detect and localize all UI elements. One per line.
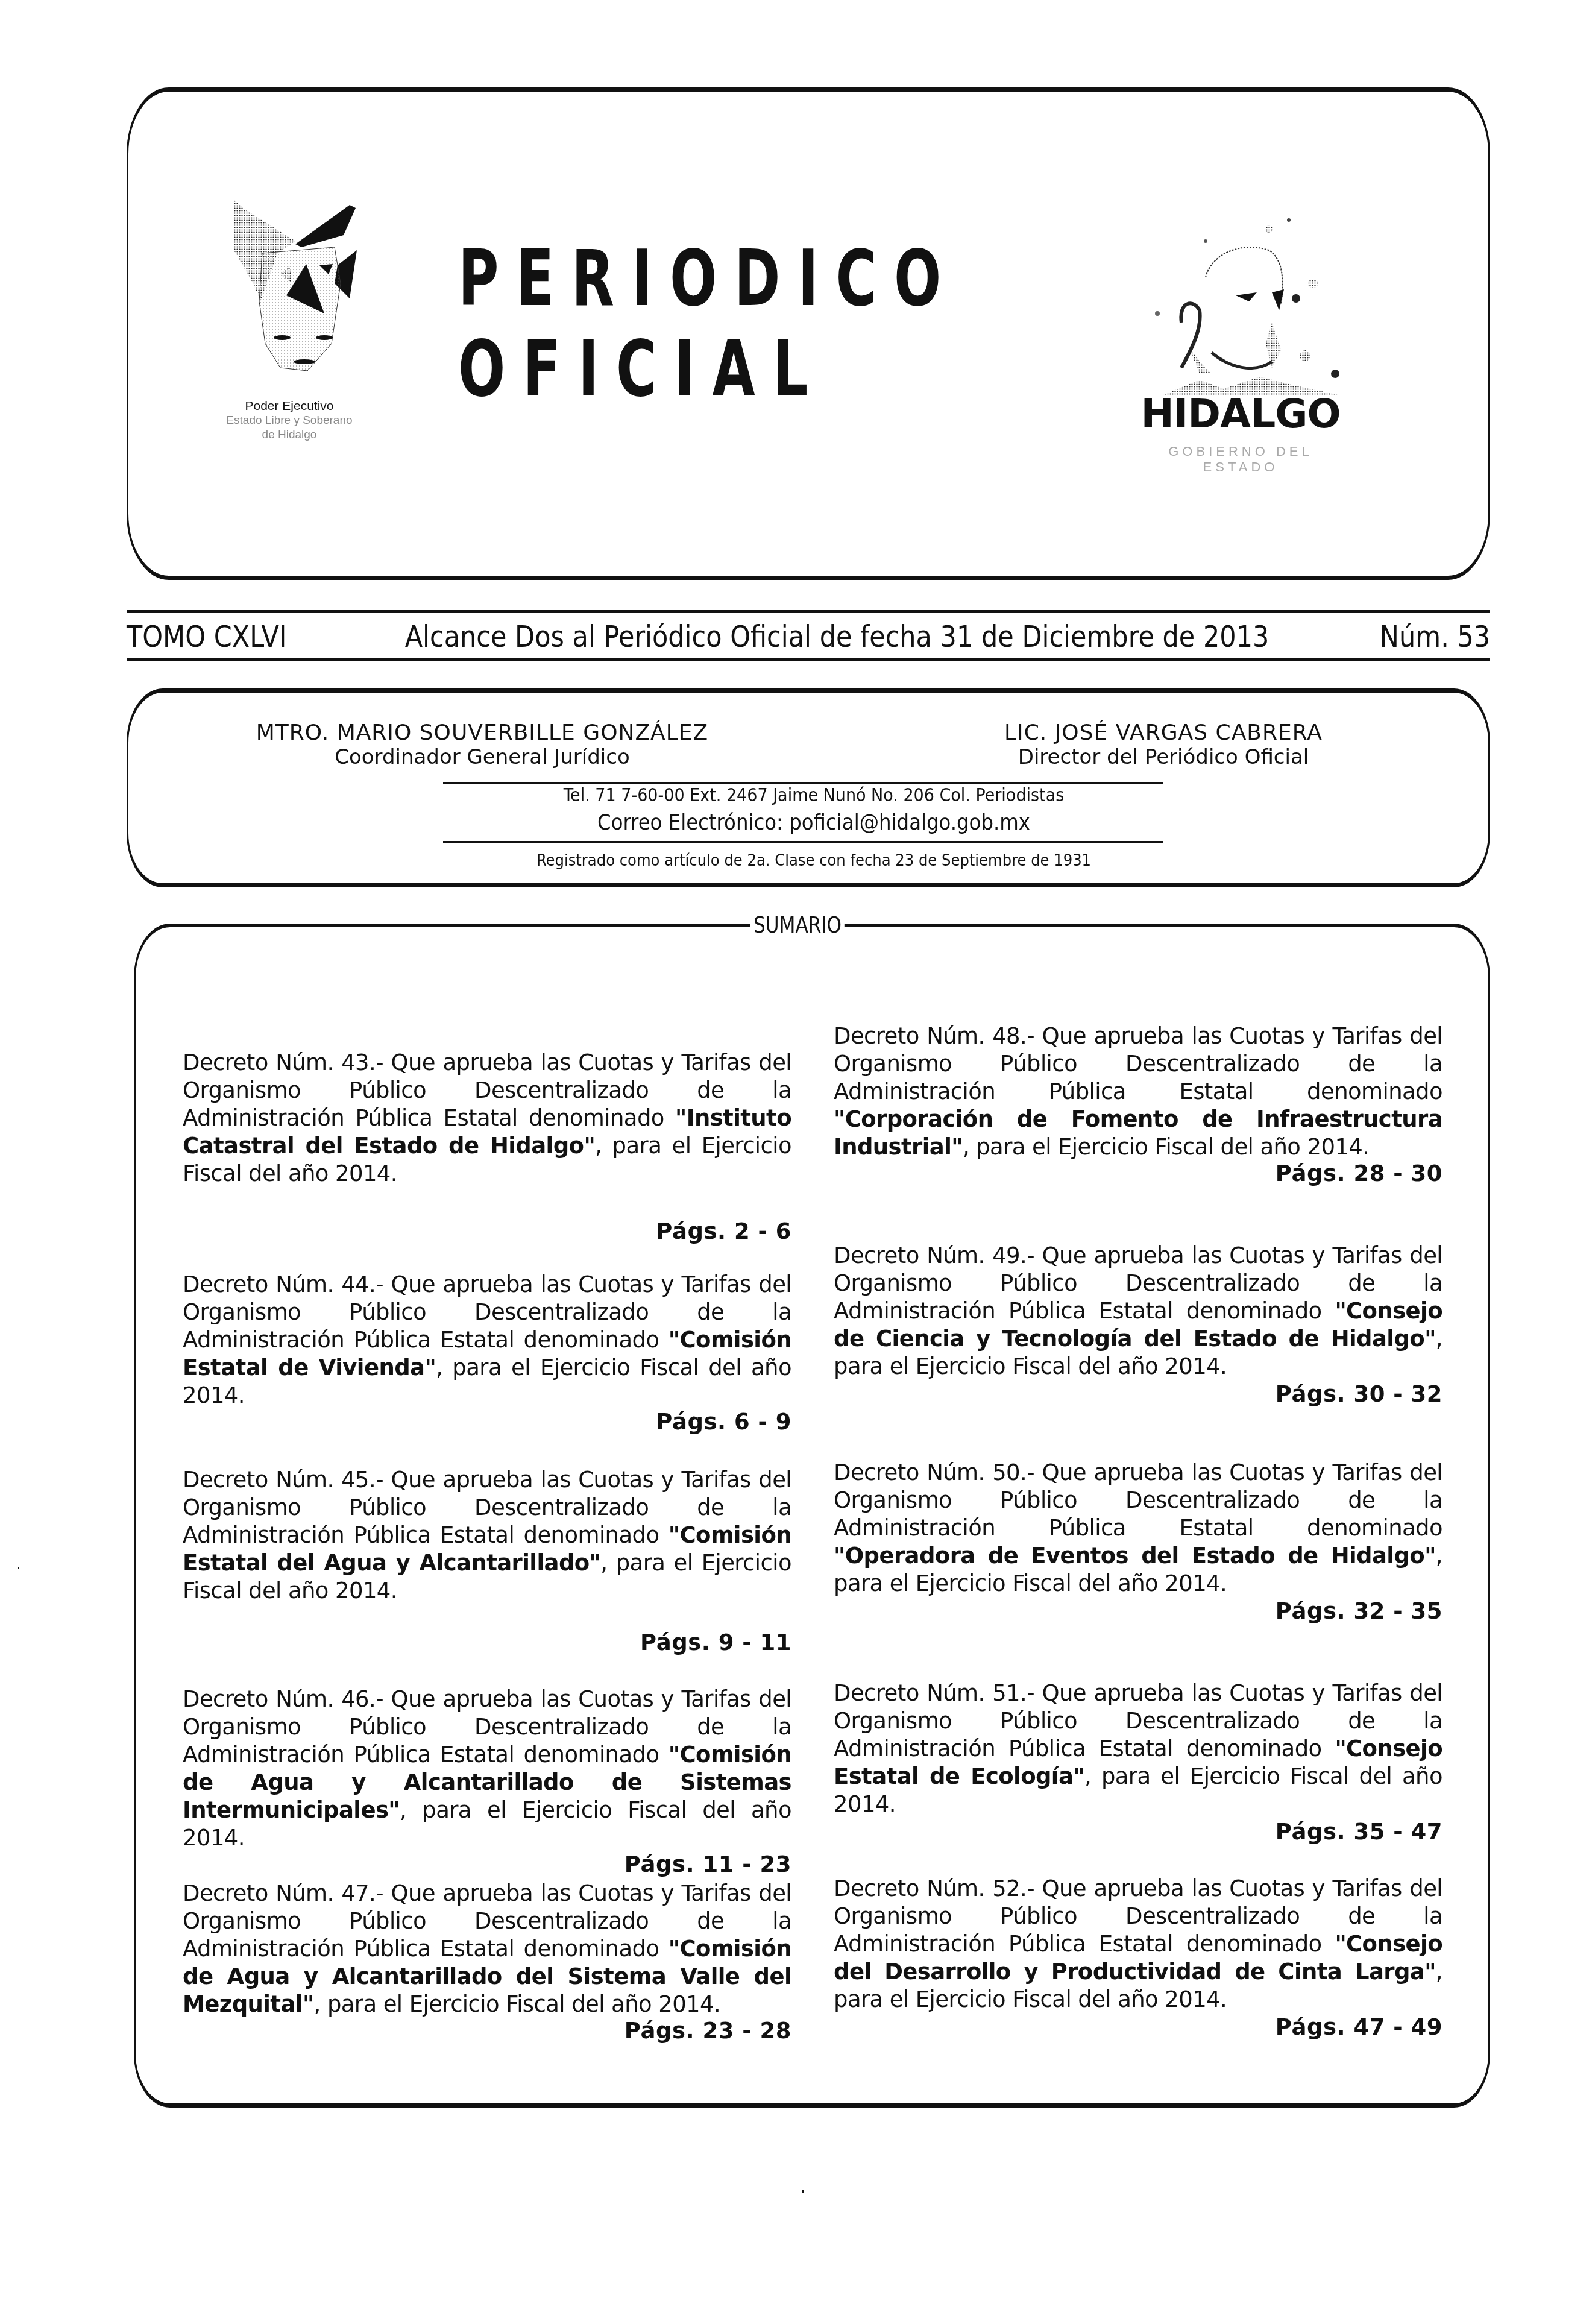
entry-pages[interactable]: Págs. 11 - 23 [183, 1851, 791, 1878]
divider-rule [443, 841, 1163, 843]
entry-pages[interactable]: Págs. 6 - 9 [183, 1408, 791, 1436]
entry-pages[interactable]: Págs. 23 - 28 [183, 2017, 791, 2045]
issue-band: TOMO CXLVI Alcance Dos al Periódico Ofic… [127, 617, 1490, 656]
summary-entry[interactable]: Decreto Núm. 48.- Que aprueba las Cuotas… [834, 1022, 1442, 1188]
left-logo-caption: Poder Ejecutivo Estado Libre y Soberano … [199, 399, 380, 442]
credit-role: Coordinador General Jurídico [181, 745, 784, 769]
issue-volume: TOMO CXLVI [127, 619, 287, 654]
hidalgo-wordmark: HIDALGO [1135, 391, 1346, 437]
summary-entry[interactable]: Decreto Núm. 51.- Que aprueba las Cuotas… [834, 1680, 1442, 1846]
credit-coordinator: MTRO. MARIO SOUVERBILLE GONZÁLEZ Coordin… [181, 720, 784, 769]
logo-caption-line: Estado Libre y Soberano [199, 414, 380, 428]
entry-pages[interactable]: Págs. 2 - 6 [183, 1218, 791, 1245]
entry-intro: Decreto Núm. 50.- Que aprueba las Cuotas… [834, 1460, 1442, 1541]
credit-name: MTRO. MARIO SOUVERBILLE GONZÁLEZ [181, 720, 784, 745]
hidalgo-portrait-icon [1121, 193, 1374, 398]
contact-email: Correo Electrónico: poficial@hidalgo.gob… [422, 810, 1206, 835]
divider-rule [127, 610, 1490, 613]
summary-entry[interactable]: Decreto Núm. 52.- Que aprueba las Cuotas… [834, 1875, 1442, 2041]
summary-entry[interactable]: Decreto Núm. 43.- Que aprueba las Cuotas… [183, 1049, 791, 1245]
logo-caption-line: de Hidalgo [199, 428, 380, 442]
credit-name: LIC. JOSÉ VARGAS CABRERA [910, 720, 1417, 745]
entry-organism: "Operadora de Eventos del Estado de Hida… [834, 1543, 1436, 1569]
summary-entry[interactable]: Decreto Núm. 44.- Que aprueba las Cuotas… [183, 1271, 791, 1436]
summary-heading: SUMARIO [750, 912, 845, 938]
issue-description: Alcance Dos al Periódico Oficial de fech… [405, 619, 1269, 654]
entry-outro: , para el Ejercicio Fiscal del año 2014. [963, 1134, 1370, 1160]
divider-rule [127, 658, 1490, 661]
entry-intro: Decreto Núm. 48.- Que aprueba las Cuotas… [834, 1023, 1442, 1104]
entry-pages[interactable]: Págs. 47 - 49 [834, 2014, 1442, 2041]
summary-entry[interactable]: Decreto Núm. 50.- Que aprueba las Cuotas… [834, 1459, 1442, 1625]
hidalgo-wordmark-sub: GOBIERNO DEL ESTADO [1135, 444, 1346, 475]
divider-rule [443, 782, 1163, 784]
entry-pages[interactable]: Págs. 9 - 11 [183, 1629, 791, 1657]
state-coat-of-arms-icon [229, 193, 422, 374]
summary-entry[interactable]: Decreto Núm. 46.- Que aprueba las Cuotas… [183, 1686, 791, 1878]
registration-note: Registrado como artículo de 2a. Clase co… [422, 851, 1206, 870]
summary-entry[interactable]: Decreto Núm. 45.- Que aprueba las Cuotas… [183, 1466, 791, 1657]
newspaper-subtitle: OFICIAL [458, 324, 825, 414]
entry-pages[interactable]: Págs. 32 - 35 [834, 1598, 1442, 1625]
scan-speck [802, 2190, 804, 2193]
issue-number: Núm. 53 [1380, 619, 1490, 654]
credit-director: LIC. JOSÉ VARGAS CABRERA Director del Pe… [910, 720, 1417, 769]
credit-role: Director del Periódico Oficial [910, 745, 1417, 769]
summary-entry[interactable]: Decreto Núm. 47.- Que aprueba las Cuotas… [183, 1880, 791, 2045]
summary-entry[interactable]: Decreto Núm. 49.- Que aprueba las Cuotas… [834, 1242, 1442, 1408]
newspaper-title: PERIODICO [458, 234, 958, 324]
entry-pages[interactable]: Págs. 30 - 32 [834, 1381, 1442, 1408]
scan-speck [18, 1567, 19, 1569]
logo-caption-line: Poder Ejecutivo [199, 399, 380, 414]
contact-address: Tel. 71 7-60-00 Ext. 2467 Jaime Nunó No.… [422, 785, 1206, 806]
entry-pages[interactable]: Págs. 28 - 30 [834, 1160, 1442, 1188]
entry-pages[interactable]: Págs. 35 - 47 [834, 1818, 1442, 1846]
entry-outro: , para el Ejercicio Fiscal del año 2014. [314, 1991, 721, 2017]
